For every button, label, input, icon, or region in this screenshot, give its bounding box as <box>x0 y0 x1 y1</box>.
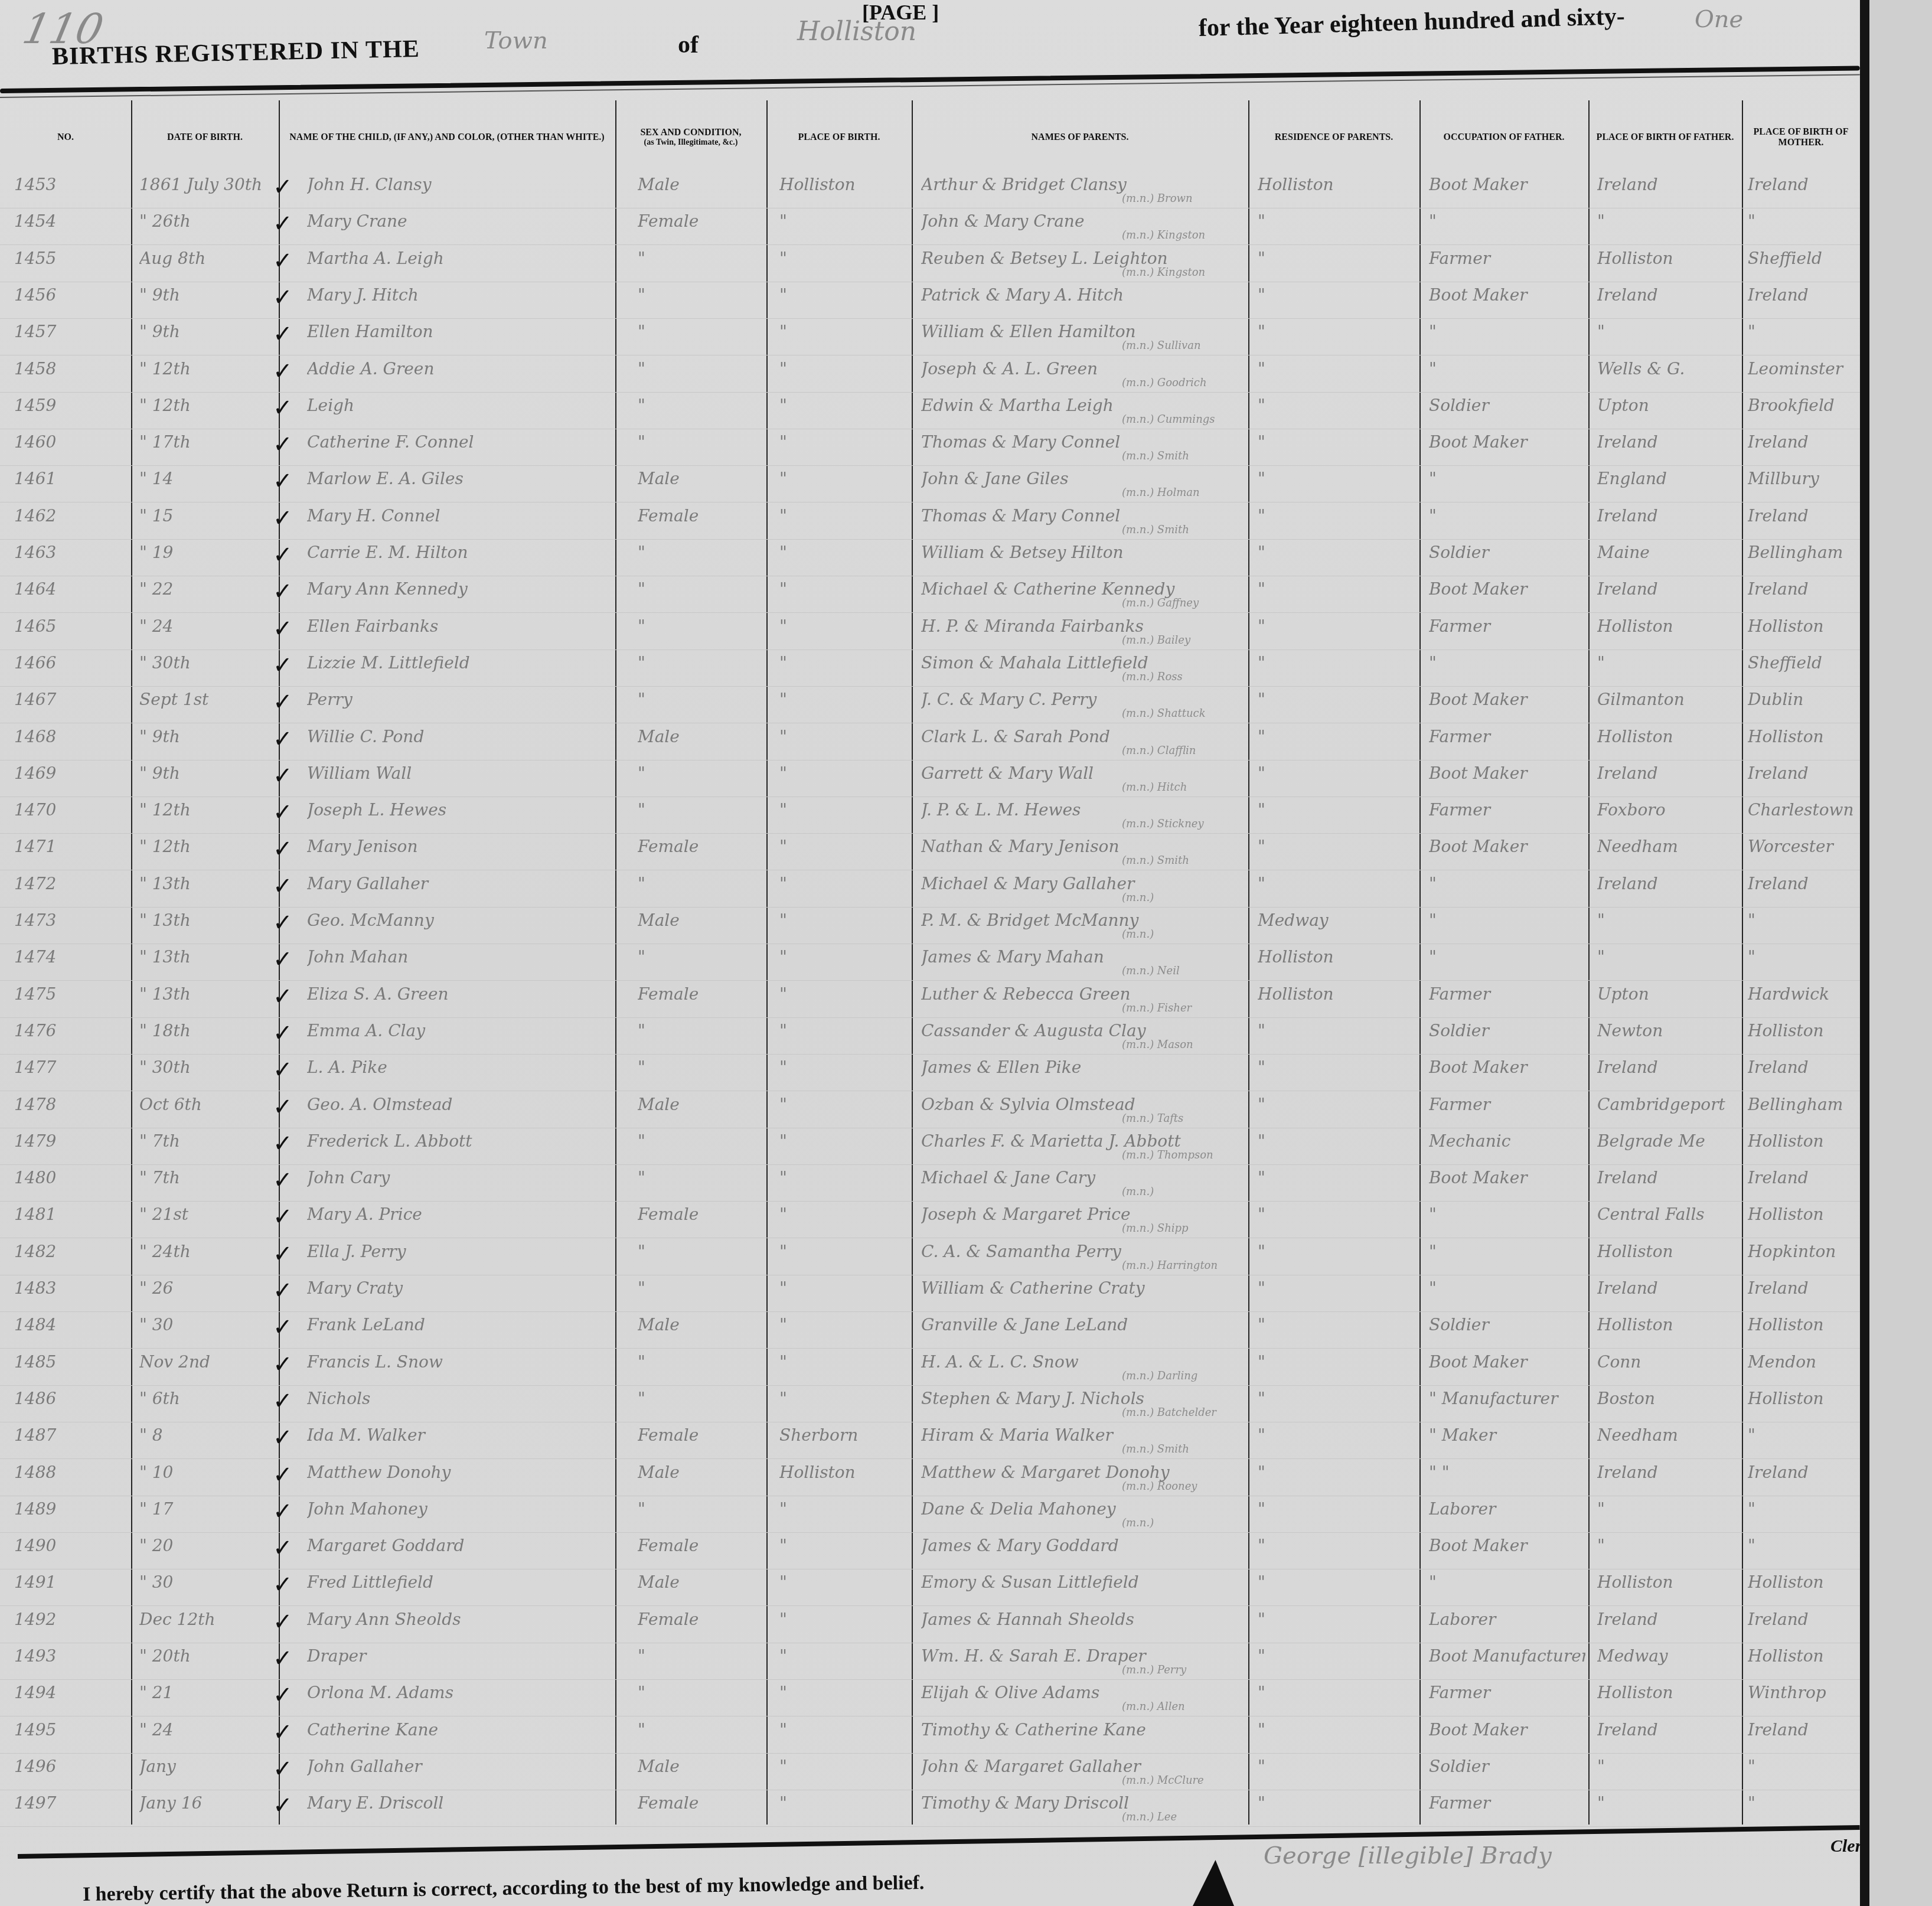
cell-father-birth: Holliston <box>1597 249 1739 268</box>
cell-sex: Male <box>638 1757 762 1776</box>
mother-maiden-name: (m.n.) Perry <box>1122 1664 1186 1676</box>
col-header-date: DATE OF BIRTH. <box>131 105 279 170</box>
cell-father-birth: Ireland <box>1597 1720 1739 1739</box>
cell-mother-birth: Hardwick <box>1748 984 1857 1004</box>
checkmark-icon: ✓ <box>273 1277 293 1304</box>
cell-child: Ellen Fairbanks <box>307 616 608 636</box>
cell-child: Eliza S. A. Green <box>307 984 608 1004</box>
cell-no: 1493 <box>14 1646 126 1666</box>
cell-no: 1483 <box>14 1278 126 1298</box>
title-year-fill: One <box>1695 6 1743 33</box>
cell-occupation: " <box>1429 653 1585 673</box>
cell-sex: Male <box>638 175 762 194</box>
checkmark-icon: ✓ <box>273 688 293 716</box>
cell-occupation: Farmer <box>1429 1683 1585 1702</box>
cell-no: 1484 <box>14 1315 126 1334</box>
cell-child: Ellen Hamilton <box>307 322 608 341</box>
cell-sex: " <box>638 1499 762 1519</box>
cell-place: " <box>779 690 906 709</box>
col-header-no: NO. <box>0 105 131 170</box>
checkmark-icon: ✓ <box>273 505 293 532</box>
cell-no: 1478 <box>14 1095 126 1114</box>
cell-mother-birth: Holliston <box>1748 1646 1857 1666</box>
cell-child: Geo. A. Olmstead <box>307 1095 608 1114</box>
table-row: 1471" 12thMary JenisonFemale"Nathan & Ma… <box>0 833 1860 870</box>
cell-place: " <box>779 506 906 526</box>
cell-child: Francis L. Snow <box>307 1352 608 1372</box>
cell-residence: " <box>1258 1389 1417 1408</box>
col-header-parents: NAMES OF PARENTS. <box>912 105 1248 170</box>
cell-place: " <box>779 1021 906 1040</box>
cell-mother-birth: Sheffield <box>1748 249 1857 268</box>
cell-place: " <box>779 1536 906 1555</box>
cell-residence: " <box>1258 249 1417 268</box>
cell-no: 1467 <box>14 690 126 709</box>
footer-rule <box>18 1825 1860 1859</box>
mother-maiden-name: (m.n.) <box>1122 892 1154 904</box>
table-row: 1477" 30thL. A. Pike""James & Ellen Pike… <box>0 1054 1860 1091</box>
checkmark-icon: ✓ <box>273 983 293 1010</box>
cell-child: Joseph L. Hewes <box>307 800 608 820</box>
checkmark-icon: ✓ <box>273 1461 293 1489</box>
cell-date: " 24 <box>139 1720 269 1739</box>
cell-residence: " <box>1258 359 1417 378</box>
table-row: 1480" 7thJohn Cary""Michael & Jane Cary"… <box>0 1164 1860 1202</box>
cell-date: " 17 <box>139 1499 269 1519</box>
cell-child: Mary Jenison <box>307 837 608 856</box>
checkmark-icon: ✓ <box>273 468 293 495</box>
table-row: 1488" 10Matthew DonohyMaleHollistonMatth… <box>0 1459 1860 1496</box>
cell-date: " 14 <box>139 469 269 488</box>
cell-parents: Patrick & Mary A. Hitch <box>921 285 1243 305</box>
cell-place: " <box>779 285 906 305</box>
cell-date: " 26th <box>139 211 269 231</box>
cell-sex: " <box>638 1058 762 1077</box>
cell-residence: " <box>1258 1242 1417 1261</box>
cell-place: " <box>779 616 906 636</box>
cell-date: " 10 <box>139 1463 269 1482</box>
table-row: 1478Oct 6thGeo. A. OlmsteadMale"Ozban & … <box>0 1091 1860 1128</box>
checkmark-icon: ✓ <box>273 210 293 237</box>
table-row: 1489" 17John Mahoney""Dane & Delia Mahon… <box>0 1496 1860 1533</box>
cell-residence: " <box>1258 1720 1417 1739</box>
cell-father-birth: " <box>1597 1793 1739 1813</box>
table-row: 1485Nov 2ndFrancis L. Snow""H. A. & L. C… <box>0 1349 1860 1386</box>
cell-occupation: " <box>1429 211 1585 231</box>
cell-residence: " <box>1258 1536 1417 1555</box>
cell-parents: Granville & Jane LeLand <box>921 1315 1243 1334</box>
cell-sex: Male <box>638 1572 762 1592</box>
checkmark-icon: ✓ <box>273 1424 293 1451</box>
cell-mother-birth: Brookfield <box>1748 396 1857 415</box>
cell-occupation: " <box>1429 506 1585 526</box>
cell-place: " <box>779 1389 906 1408</box>
cell-place: " <box>779 322 906 341</box>
cell-mother-birth: " <box>1748 910 1857 930</box>
cell-sex: Female <box>638 1610 762 1629</box>
table-row: 1467Sept 1stPerry""J. C. & Mary C. Perry… <box>0 686 1860 723</box>
cell-parents: William & Catherine Craty <box>921 1278 1243 1298</box>
cell-parents: J. P. & L. M. Hewes <box>921 800 1243 820</box>
cell-parents: William & Ellen Hamilton <box>921 322 1243 341</box>
cell-child: Orlona M. Adams <box>307 1683 608 1702</box>
cell-no: 1473 <box>14 910 126 930</box>
cell-occupation: Mechanic <box>1429 1131 1585 1151</box>
cell-child: Mary J. Hitch <box>307 285 608 305</box>
cell-sex: Female <box>638 1536 762 1555</box>
cell-mother-birth: " <box>1748 211 1857 231</box>
mother-maiden-name: (m.n.) Clafflin <box>1122 745 1196 757</box>
cell-mother-birth: Holliston <box>1748 1131 1857 1151</box>
checkmark-icon: ✓ <box>273 1792 293 1819</box>
cell-parents: Cassander & Augusta Clay <box>921 1021 1243 1040</box>
checkmark-icon: ✓ <box>273 1608 293 1636</box>
cell-father-birth: Upton <box>1597 396 1739 415</box>
cell-sex: " <box>638 285 762 305</box>
cell-child: Addie A. Green <box>307 359 608 378</box>
cell-no: 1455 <box>14 249 126 268</box>
cell-no: 1454 <box>14 211 126 231</box>
mother-maiden-name: (m.n.) Ross <box>1122 671 1183 683</box>
cell-date: Aug 8th <box>139 249 269 268</box>
cell-sex: Male <box>638 727 762 746</box>
cell-date: " 30 <box>139 1315 269 1334</box>
cell-date: Dec 12th <box>139 1610 269 1629</box>
cell-date: " 24th <box>139 1242 269 1261</box>
cell-date: Nov 2nd <box>139 1352 269 1372</box>
cell-place: Sherborn <box>779 1425 906 1445</box>
cell-no: 1468 <box>14 727 126 746</box>
table-row: 1466" 30thLizzie M. Littlefield""Simon &… <box>0 650 1860 687</box>
cell-place: " <box>779 543 906 562</box>
cell-mother-birth: " <box>1748 947 1857 967</box>
cell-no: 1464 <box>14 579 126 599</box>
cell-no: 1453 <box>14 175 126 194</box>
cell-parents: Simon & Mahala Littlefield <box>921 653 1243 673</box>
clerk-signature: George [illegible] Brady <box>1264 1842 1552 1869</box>
table-row: 1458" 12thAddie A. Green""Joseph & A. L.… <box>0 355 1860 393</box>
cell-sex: " <box>638 1646 762 1666</box>
cell-residence: " <box>1258 874 1417 893</box>
mother-maiden-name: (m.n.) Smith <box>1122 450 1189 462</box>
mother-maiden-name: (m.n.) Allen <box>1122 1701 1185 1713</box>
cell-occupation: Farmer <box>1429 800 1585 820</box>
checkmark-icon: ✓ <box>273 174 293 201</box>
cell-child: Margaret Goddard <box>307 1536 608 1555</box>
cell-date: " 18th <box>139 1021 269 1040</box>
cell-mother-birth: Ireland <box>1748 1610 1857 1629</box>
cell-parents: Michael & Mary Gallaher <box>921 874 1243 893</box>
cell-place: " <box>779 1058 906 1077</box>
cell-sex: Female <box>638 837 762 856</box>
cell-mother-birth: Hopkinton <box>1748 1242 1857 1261</box>
cell-place: " <box>779 1278 906 1298</box>
cell-residence: " <box>1258 1058 1417 1077</box>
cell-occupation: Farmer <box>1429 249 1585 268</box>
cell-child: Mary Crane <box>307 211 608 231</box>
cell-no: 1488 <box>14 1463 126 1482</box>
cell-residence: " <box>1258 469 1417 488</box>
cell-date: " 6th <box>139 1389 269 1408</box>
cell-residence: " <box>1258 727 1417 746</box>
cell-date: " 20 <box>139 1536 269 1555</box>
cell-child: Catherine F. Connel <box>307 432 608 452</box>
checkmark-icon: ✓ <box>273 615 293 642</box>
cell-mother-birth: Dublin <box>1748 690 1857 709</box>
cell-place: " <box>779 1205 906 1224</box>
cell-father-birth: Boston <box>1597 1389 1739 1408</box>
checkmark-icon: ✓ <box>273 321 293 348</box>
cell-mother-birth: Bellingham <box>1748 543 1857 562</box>
cell-parents: Emory & Susan Littlefield <box>921 1572 1243 1592</box>
cell-parents: P. M. & Bridget McManny <box>921 910 1243 930</box>
cell-sex: " <box>638 249 762 268</box>
cell-mother-birth: Ireland <box>1748 1278 1857 1298</box>
cell-child: Matthew Donohy <box>307 1463 608 1482</box>
cell-occupation: " Manufacturer <box>1429 1389 1585 1408</box>
cell-father-birth: Foxboro <box>1597 800 1739 820</box>
cell-residence: " <box>1258 1463 1417 1482</box>
table-row: 1494" 21Orlona M. Adams""Elijah & Olive … <box>0 1679 1860 1716</box>
cell-parents: J. C. & Mary C. Perry <box>921 690 1243 709</box>
cell-occupation: " <box>1429 874 1585 893</box>
cell-no: 1479 <box>14 1131 126 1151</box>
cell-mother-birth: " <box>1748 1757 1857 1776</box>
cell-sex: " <box>638 1352 762 1372</box>
cell-mother-birth: Leominster <box>1748 359 1857 378</box>
cell-occupation: Boot Maker <box>1429 285 1585 305</box>
cell-residence: " <box>1258 616 1417 636</box>
cell-residence: " <box>1258 1021 1417 1040</box>
cell-occupation: Boot Maker <box>1429 1058 1585 1077</box>
cell-place: " <box>779 211 906 231</box>
checkmark-icon: ✓ <box>273 873 293 900</box>
cell-sex: " <box>638 947 762 967</box>
cell-parents: James & Hannah Sheolds <box>921 1610 1243 1629</box>
cell-date: " 7th <box>139 1168 269 1187</box>
cell-date: " 13th <box>139 984 269 1004</box>
cell-father-birth: Ireland <box>1597 763 1739 783</box>
cell-mother-birth: " <box>1748 322 1857 341</box>
checkmark-icon: ✓ <box>273 1682 293 1709</box>
cell-child: Fred Littlefield <box>307 1572 608 1592</box>
cell-no: 1466 <box>14 653 126 673</box>
cell-parents: Edwin & Martha Leigh <box>921 396 1243 415</box>
cell-child: John Mahan <box>307 947 608 967</box>
cell-sex: " <box>638 1242 762 1261</box>
cell-place: " <box>779 469 906 488</box>
cell-no: 1465 <box>14 616 126 636</box>
cell-child: John Cary <box>307 1168 608 1187</box>
cell-child: Marlow E. A. Giles <box>307 469 608 488</box>
cell-father-birth: Needham <box>1597 837 1739 856</box>
cell-sex: " <box>638 653 762 673</box>
cell-no: 1470 <box>14 800 126 820</box>
cell-parents: Clark L. & Sarah Pond <box>921 727 1243 746</box>
cell-parents: James & Mary Goddard <box>921 1536 1243 1555</box>
cell-no: 1494 <box>14 1683 126 1702</box>
mother-maiden-name: (m.n.) Mason <box>1122 1039 1193 1051</box>
cell-place: " <box>779 1499 906 1519</box>
cell-residence: " <box>1258 763 1417 783</box>
cell-mother-birth: " <box>1748 1536 1857 1555</box>
cell-sex: " <box>638 1389 762 1408</box>
checkmark-icon: ✓ <box>273 946 293 973</box>
cell-sex: Female <box>638 506 762 526</box>
cell-date: " 21st <box>139 1205 269 1224</box>
mother-maiden-name: (m.n.) McClure <box>1122 1774 1204 1787</box>
cell-place: " <box>779 1095 906 1114</box>
cell-parents: William & Betsey Hilton <box>921 543 1243 562</box>
title-year-text: for the Year eighteen hundred and sixty- <box>1198 2 1625 43</box>
cell-parents: John & Margaret Gallaher <box>921 1757 1243 1776</box>
cell-occupation: Farmer <box>1429 1095 1585 1114</box>
cell-residence: " <box>1258 800 1417 820</box>
cell-occupation: Farmer <box>1429 984 1585 1004</box>
cell-parents: Stephen & Mary J. Nichols <box>921 1389 1243 1408</box>
cell-occupation: Soldier <box>1429 1757 1585 1776</box>
cell-father-birth: " <box>1597 653 1739 673</box>
checkmark-icon: ✓ <box>273 1388 293 1415</box>
cell-residence: " <box>1258 396 1417 415</box>
cell-no: 1462 <box>14 506 126 526</box>
cell-residence: " <box>1258 579 1417 599</box>
cell-father-birth: " <box>1597 322 1739 341</box>
cell-sex: " <box>638 432 762 452</box>
cell-occupation: " <box>1429 910 1585 930</box>
checkmark-icon: ✓ <box>273 1755 293 1783</box>
cell-residence: " <box>1258 1610 1417 1629</box>
cell-parents: Wm. H. & Sarah E. Draper <box>921 1646 1243 1666</box>
col-header-sex: SEX AND CONDITION,(as Twin, Illegitimate… <box>615 105 766 170</box>
cell-place: " <box>779 947 906 967</box>
cell-occupation: " Maker <box>1429 1425 1585 1445</box>
cell-father-birth: Wells & G. <box>1597 359 1739 378</box>
checkmark-icon: ✓ <box>273 909 293 936</box>
cell-occupation: Boot Maker <box>1429 175 1585 194</box>
cell-parents: Garrett & Mary Wall <box>921 763 1243 783</box>
cell-no: 1496 <box>14 1757 126 1776</box>
cell-no: 1475 <box>14 984 126 1004</box>
table-row: 1465" 24Ellen Fairbanks""H. P. & Miranda… <box>0 613 1860 650</box>
cell-child: William Wall <box>307 763 608 783</box>
cell-mother-birth: Millbury <box>1748 469 1857 488</box>
cell-no: 1487 <box>14 1425 126 1445</box>
cell-occupation: Boot Maker <box>1429 1168 1585 1187</box>
cell-father-birth: Holliston <box>1597 1683 1739 1702</box>
cell-father-birth: " <box>1597 211 1739 231</box>
cell-residence: " <box>1258 1757 1417 1776</box>
cell-sex: Female <box>638 1205 762 1224</box>
cell-occupation: " <box>1429 947 1585 967</box>
cell-parents: Michael & Catherine Kennedy <box>921 579 1243 599</box>
cell-occupation: Boot Maker <box>1429 579 1585 599</box>
table-row: 1496JanyJohn GallaherMale"John & Margare… <box>0 1753 1860 1790</box>
checkmark-icon: ✓ <box>273 247 293 275</box>
mother-maiden-name: (m.n.) Stickney <box>1122 818 1204 830</box>
cell-father-birth: Holliston <box>1597 727 1739 746</box>
table-row: 1468" 9thWillie C. PondMale"Clark L. & S… <box>0 723 1860 761</box>
cell-place: " <box>779 249 906 268</box>
cell-place: " <box>779 984 906 1004</box>
title-place-fill: Holliston <box>797 17 916 47</box>
cell-place: " <box>779 837 906 856</box>
cell-mother-birth: Worcester <box>1748 837 1857 856</box>
cell-date: " 9th <box>139 727 269 746</box>
mother-maiden-name: (m.n.) Darling <box>1122 1370 1197 1382</box>
cell-sex: Female <box>638 984 762 1004</box>
cell-sex: Male <box>638 469 762 488</box>
cell-residence: Medway <box>1258 910 1417 930</box>
cell-residence: " <box>1258 285 1417 305</box>
mother-maiden-name: (m.n.) Harrington <box>1122 1259 1218 1272</box>
cell-father-birth: Cambridgeport <box>1597 1095 1739 1114</box>
cell-date: " 9th <box>139 322 269 341</box>
checkmark-icon: ✓ <box>273 652 293 679</box>
cell-occupation: Boot Maker <box>1429 1720 1585 1739</box>
cell-occupation: Laborer <box>1429 1610 1585 1629</box>
cell-residence: Holliston <box>1258 175 1417 194</box>
cell-mother-birth: Ireland <box>1748 1463 1857 1482</box>
page-edge <box>1869 0 1932 1906</box>
table-row: 1484" 30Frank LeLandMale"Granville & Jan… <box>0 1311 1860 1349</box>
col-header-mother-birth: PLACE OF BIRTH OF MOTHER. <box>1742 105 1860 170</box>
table-row: 1455Aug 8thMartha A. Leigh""Reuben & Bet… <box>0 245 1860 282</box>
cell-residence: Holliston <box>1258 984 1417 1004</box>
cell-date: " 7th <box>139 1131 269 1151</box>
cell-place: " <box>779 1720 906 1739</box>
cell-residence: " <box>1258 1278 1417 1298</box>
mother-maiden-name: (m.n.) Shipp <box>1122 1222 1189 1235</box>
cell-no: 1469 <box>14 763 126 783</box>
table-row: 1456" 9thMary J. Hitch""Patrick & Mary A… <box>0 282 1860 319</box>
cell-place: " <box>779 763 906 783</box>
cell-mother-birth: Holliston <box>1748 1021 1857 1040</box>
checkmark-icon: ✓ <box>273 1203 293 1231</box>
checkmark-icon: ✓ <box>273 1351 293 1378</box>
cell-occupation: Laborer <box>1429 1499 1585 1519</box>
checkmark-icon: ✓ <box>273 1020 293 1047</box>
table-row: 1486" 6thNichols""Stephen & Mary J. Nich… <box>0 1385 1860 1422</box>
cell-residence: " <box>1258 1572 1417 1592</box>
cell-no: 1490 <box>14 1536 126 1555</box>
table-row: 1474" 13thJohn Mahan""James & Mary Mahan… <box>0 944 1860 981</box>
table-row: 1457" 9thEllen Hamilton""William & Ellen… <box>0 318 1860 355</box>
cell-father-birth: Ireland <box>1597 579 1739 599</box>
mother-maiden-name: (m.n.) Smith <box>1122 1443 1189 1455</box>
thumb-shadow <box>1193 1860 1234 1906</box>
cell-mother-birth: Ireland <box>1748 285 1857 305</box>
table-row: 1464" 22Mary Ann Kennedy""Michael & Cath… <box>0 576 1860 613</box>
cell-occupation: " <box>1429 322 1585 341</box>
cell-residence: " <box>1258 506 1417 526</box>
cell-parents: James & Mary Mahan <box>921 947 1243 967</box>
col-header-place: PLACE OF BIRTH. <box>766 105 912 170</box>
cell-child: Catherine Kane <box>307 1720 608 1739</box>
mother-maiden-name: (m.n.) Smith <box>1122 854 1189 867</box>
cell-residence: " <box>1258 432 1417 452</box>
cell-father-birth: Gilmanton <box>1597 690 1739 709</box>
cell-date: Jany 16 <box>139 1793 269 1813</box>
cell-father-birth: Holliston <box>1597 1572 1739 1592</box>
cell-child: L. A. Pike <box>307 1058 608 1077</box>
cell-child: Ida M. Walker <box>307 1425 608 1445</box>
cell-place: " <box>779 1757 906 1776</box>
cell-residence: " <box>1258 1646 1417 1666</box>
cell-father-birth: Holliston <box>1597 1242 1739 1261</box>
mother-maiden-name: (m.n.) <box>1122 1186 1154 1198</box>
table-row: 1476" 18thEmma A. Clay""Cassander & Augu… <box>0 1017 1860 1055</box>
